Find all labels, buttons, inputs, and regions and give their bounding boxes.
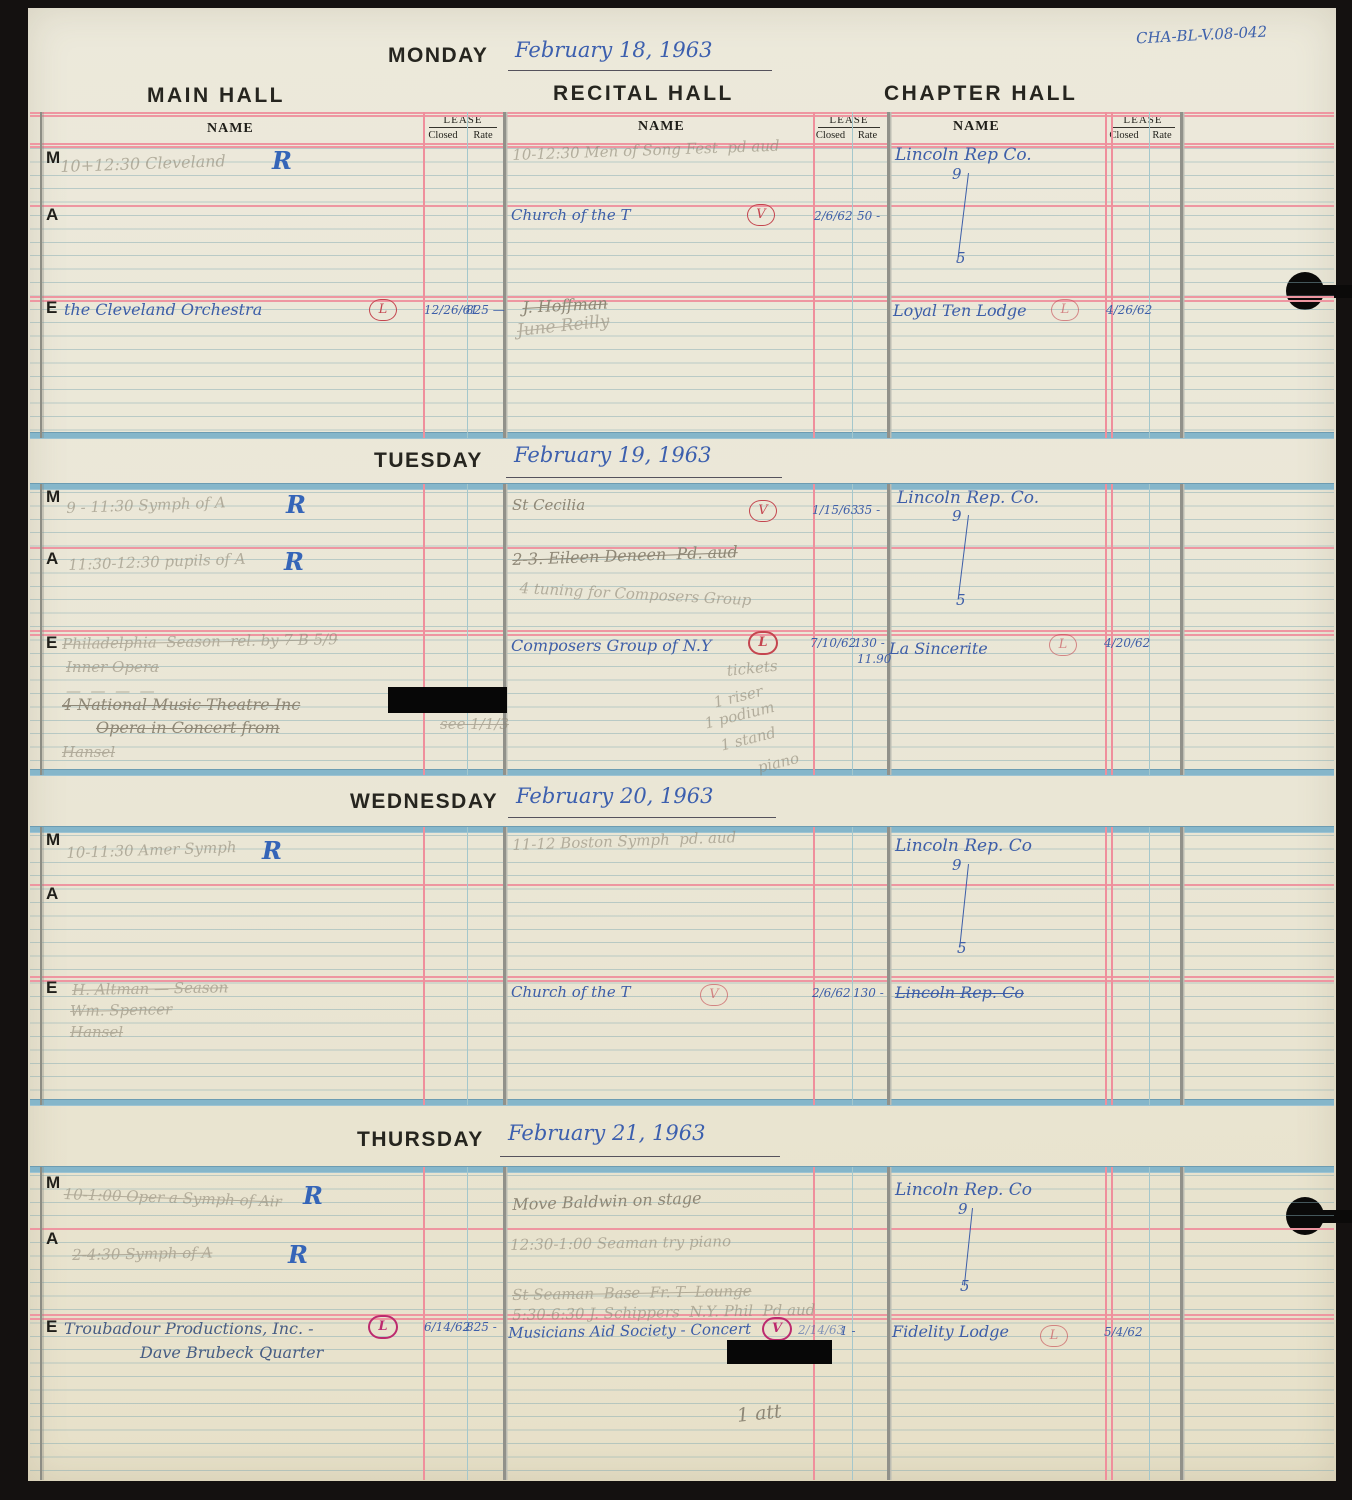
circled-letter-mark: L [368,1315,398,1339]
handwritten-entry: 9 - 11:30 Symph of A [66,494,226,516]
row-period-label: A [46,206,58,225]
handwritten-entry: 130 - [854,637,885,650]
handwritten-entry: R [288,1242,308,1268]
handwritten-entry: 10-12:30 Men of Song Fest pd aud [512,138,780,164]
handwritten-entry: 5 [956,592,966,609]
handwritten-entry: Loyal Ten Lodge [893,302,1027,320]
handwritten-entry: 9 [952,508,962,525]
handwritten-entry: 1 - [840,1325,856,1338]
handwritten-entry: Lincoln Rep. Co [895,837,1032,856]
handwritten-entry: 10-11:30 Amer Symph [66,839,237,861]
handwritten-entry: 10-1:00 Oper a Symph of Air [63,1186,282,1210]
handwritten-entry: Wm. Spencer [70,1001,172,1019]
handwritten-entry: Hansel [70,1024,123,1041]
circled-letter-mark: V [762,1317,792,1341]
handwritten-entry: R [286,492,306,518]
circled-letter-mark: V [747,204,775,226]
handwritten-entry: Lincoln Rep. Co. [897,489,1039,508]
handwritten-entry: 11:30-12:30 pupils of A [68,551,246,574]
handwritten-entry: Dave Brubeck Quarter [140,1344,323,1362]
handwritten-entry: 5/4/62 [1104,1326,1143,1339]
booking-span-line [959,864,969,948]
handwritten-entry: St Seaman Base Fr. T Lounge [512,1283,752,1304]
handwritten-entry: 1/15/63 [812,504,858,517]
handwritten-entry: 50 - [857,210,880,223]
handwritten-entry: 4 tuning for Composers Group [519,580,752,609]
circled-letter-mark: L [1040,1325,1068,1347]
handwritten-entry: R [262,838,282,864]
booking-span-line [958,515,970,600]
circled-letter-mark: L [1051,299,1079,321]
handwritten-entry: 9 [952,857,962,874]
booking-span-line [957,173,969,261]
handwritten-entry: Fidelity Lodge [892,1323,1009,1341]
handwritten-entry: Lincoln Rep Co. [895,146,1032,165]
handwritten-entry: the Cleveland Orchestra [64,301,262,319]
handwritten-entry: 2-3. Eileen Deneen Pd. aud [512,543,738,568]
handwritten-entry: 11-12 Boston Symph pd. aud [512,829,736,853]
scanned-booking-ledger-page: CHA-BL-V.08-042 MONDAY February 18, 1963… [0,0,1352,1500]
handwritten-entry: R [272,148,292,174]
row-period-label: M [46,149,60,168]
row-period-label: E [46,979,57,998]
handwritten-entry: Church of the T [511,207,631,224]
circled-letter-mark: L [748,631,778,655]
handwritten-entry: Lincoln Rep. Co [895,1181,1032,1200]
handwritten-entry: H. Altman — Season [72,979,228,998]
row-period-label: E [46,1318,57,1337]
booking-span-line [964,1208,974,1286]
handwritten-entry: 5 [957,940,967,957]
row-period-label: A [46,550,58,569]
handwritten-entry: 9 [952,166,962,183]
circled-letter-mark: L [369,299,397,321]
handwritten-entry: La Sincerite [889,640,988,658]
handwritten-entry: tickets [726,658,778,680]
handwritten-entry: Musicians Aid Society - Concert [508,1321,751,1342]
handwritten-entry: 825 - [466,1321,497,1334]
handwritten-entry: Composers Group of N.Y [511,637,712,655]
row-period-label: E [46,634,57,653]
handwritten-entry: 12:30-1:00 Seaman try piano [510,1233,731,1253]
handwritten-entry: Opera in Concert from [96,719,280,737]
handwritten-entry: 6/14/62 [424,1321,470,1334]
handwritten-entry: 1 stand [719,724,778,754]
handwritten-entry: 10+12:30 Cleveland [60,152,226,175]
handwritten-entry: R [303,1183,323,1209]
circled-letter-mark: V [700,984,728,1006]
redaction-bar [388,687,507,713]
handwritten-entry: Move Baldwin on stage [512,1189,702,1213]
handwritten-entry: 2/14/63 [798,1324,844,1337]
redaction-bar [727,1340,832,1364]
handwritten-entry: 7/10/62 [810,637,856,650]
handwritten-entry: Hansel [62,744,115,761]
row-period-label: M [46,831,60,850]
handwritten-entry: 825 — [466,304,505,317]
handwritten-entry: 130 - [853,987,884,1000]
handwritten-entry: 9 [958,1201,968,1218]
circled-letter-mark: V [749,500,777,522]
handwritten-entry: 4 National Music Theatre Inc [62,696,300,714]
handwritten-entry: 5 [960,1278,970,1295]
handwritten-entry: Philadelphia Season rel. by 7 B 5/9 [62,631,338,652]
row-period-label: E [46,299,57,318]
handwritten-entry: see 1/1/3 [440,716,509,733]
handwritten-entry: 4/26/62 [1106,304,1152,317]
handwritten-entry: 2/6/62 [814,210,853,223]
handwritten-entry: 4/20/62 [1104,637,1150,650]
circled-letter-mark: L [1049,634,1077,656]
handwriting-layer: MAE10+12:30 ClevelandR10-12:30 Men of So… [0,0,1352,1500]
row-period-label: M [46,488,60,507]
handwritten-entry: R [284,549,304,575]
handwritten-entry: Lincoln Rep. Co [895,984,1024,1002]
row-period-label: A [46,1230,58,1249]
row-period-label: M [46,1174,60,1193]
handwritten-entry: 1 att [736,1401,783,1426]
handwritten-entry: piano [756,750,801,776]
handwritten-entry: 2-4:30 Symph of A [72,1245,213,1264]
row-period-label: A [46,885,58,904]
handwritten-entry: Troubadour Productions, Inc. - [64,1320,314,1338]
handwritten-entry: 35 - [857,504,880,517]
handwritten-entry: 5 [956,250,966,267]
handwritten-entry: 2/6/62 [812,987,851,1000]
handwritten-entry: Church of the T [511,984,631,1001]
handwritten-entry: 11.90 [857,653,891,666]
handwritten-entry: St Cecilia [512,497,585,514]
handwritten-entry: Inner Opera [66,659,159,676]
